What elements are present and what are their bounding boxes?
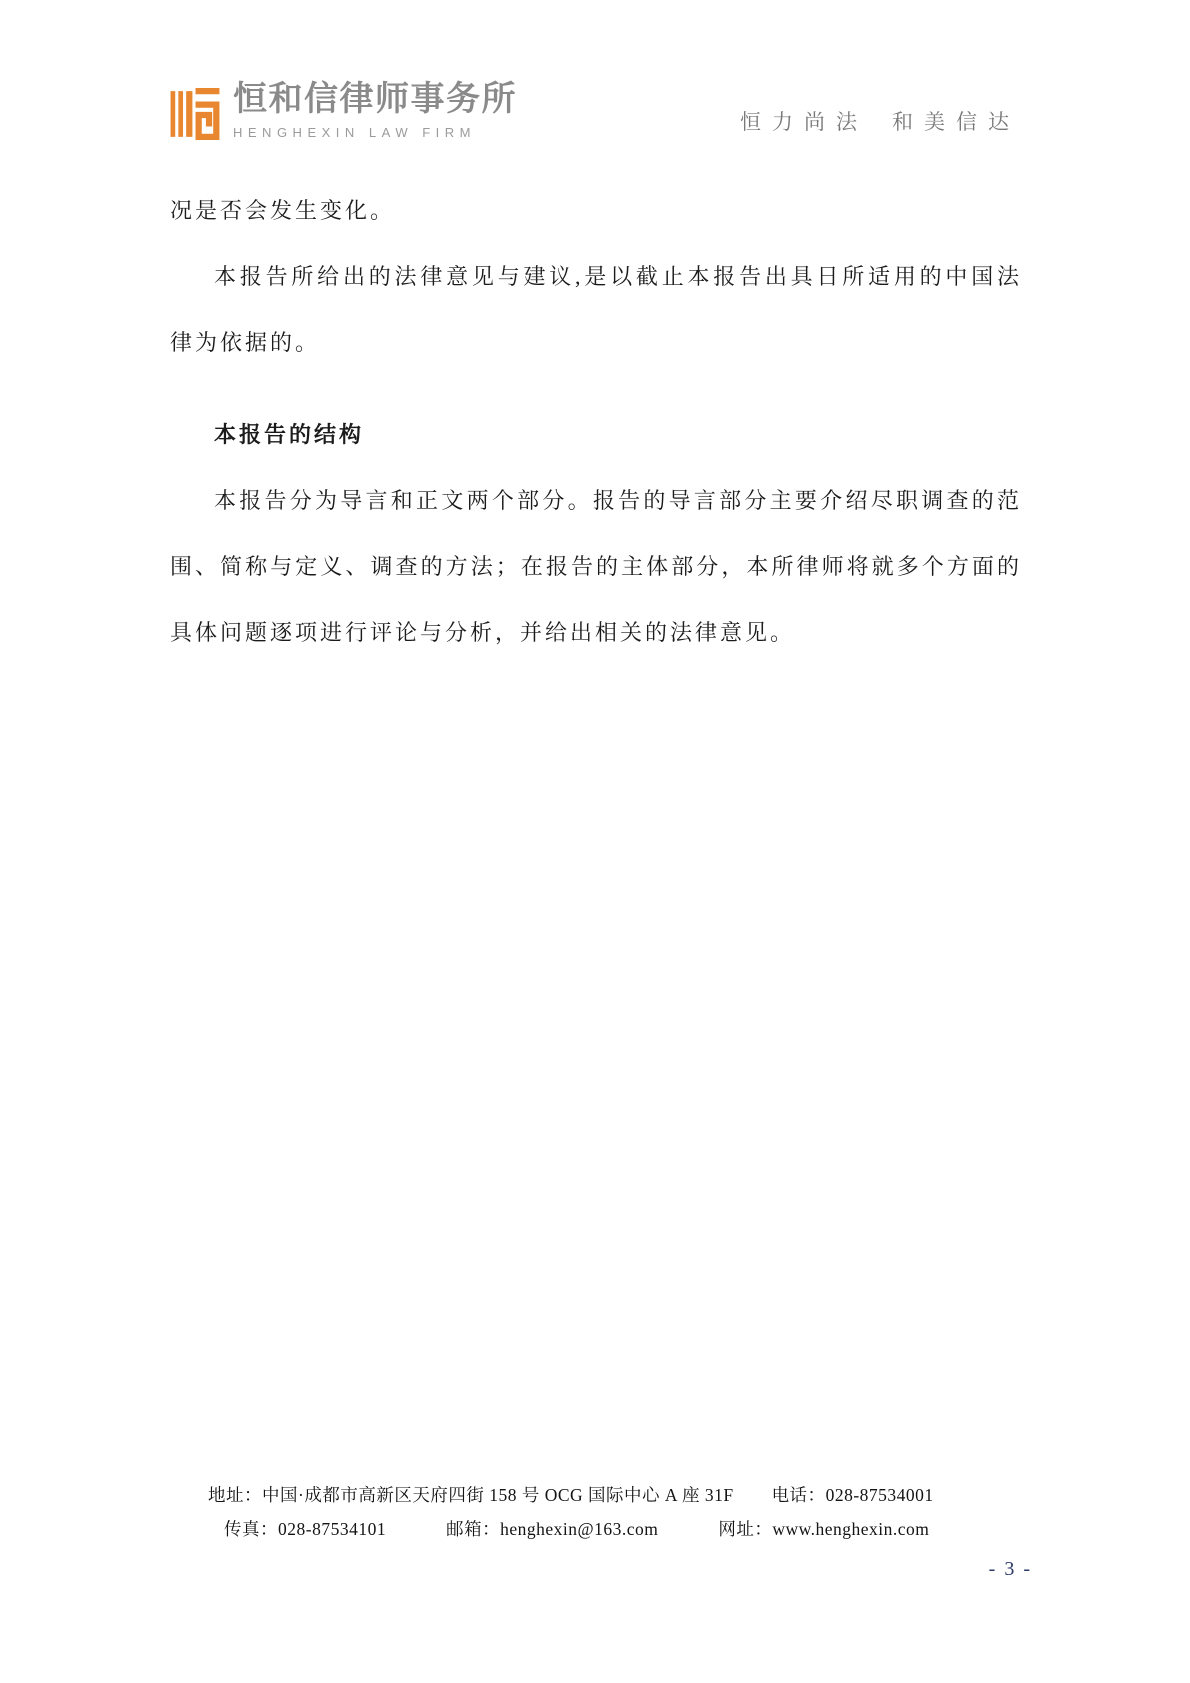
header-slogan: 恒力尚法 和美信达: [740, 106, 1020, 136]
footer-website-label: 网址：: [718, 1519, 772, 1539]
footer-address: 地址：中国·成都市高新区天府四街 158 号 OCG 国际中心 A 座 31F: [208, 1478, 734, 1512]
law-firm-logo: 恒和信律师事务所 HENGHEXIN LAW FIRM: [170, 82, 517, 140]
footer-address-label: 地址：: [208, 1485, 262, 1505]
footer-fax: 传真：028-87534101: [224, 1512, 386, 1546]
footer-email-value: henghexin@163.com: [500, 1519, 658, 1539]
footer-email-label: 邮箱：: [446, 1519, 500, 1539]
footer-website: 网址：www.henghexin.com: [718, 1512, 929, 1546]
footer-phone: 电话：028-87534001: [772, 1478, 934, 1512]
header: 恒和信律师事务所 HENGHEXIN LAW FIRM 恒力尚法 和美信达: [170, 82, 1020, 140]
logo-mark-icon: [170, 88, 220, 140]
footer-email: 邮箱：henghexin@163.com: [446, 1512, 658, 1546]
document-body: 况是否会发生变化。 本报告所给出的法律意见与建议,是以截止本报告出具日所适用的中…: [170, 178, 1022, 666]
footer-website-value: www.henghexin.com: [772, 1519, 929, 1539]
footer-fax-value: 028-87534101: [278, 1519, 386, 1539]
paragraph-report-structure: 本报告分为导言和正文两个部分。报告的导言部分主要介绍尽职调查的范围、简称与定义、…: [170, 468, 1022, 666]
footer-address-value: 中国·成都市高新区天府四街 158 号 OCG 国际中心 A 座 31F: [262, 1485, 734, 1505]
footer-line-2: 传真：028-87534101 邮箱：henghexin@163.com 网址：…: [224, 1512, 1020, 1546]
slogan-part-1: 恒力尚法: [740, 106, 868, 136]
footer: 地址：中国·成都市高新区天府四街 158 号 OCG 国际中心 A 座 31F …: [208, 1478, 1020, 1546]
footer-line-1: 地址：中国·成都市高新区天府四街 158 号 OCG 国际中心 A 座 31F …: [208, 1478, 1020, 1512]
paragraph-legal-basis: 本报告所给出的法律意见与建议,是以截止本报告出具日所适用的中国法律为依据的。: [170, 244, 1022, 376]
page-number: - 3 -: [989, 1558, 1032, 1581]
logo-english-name: HENGHEXIN LAW FIRM: [233, 125, 517, 140]
slogan-part-2: 和美信达: [892, 106, 1020, 136]
footer-fax-label: 传真：: [224, 1519, 278, 1539]
document-page: 恒和信律师事务所 HENGHEXIN LAW FIRM 恒力尚法 和美信达 况是…: [0, 0, 1190, 1683]
footer-phone-label: 电话：: [772, 1485, 826, 1505]
logo-text: 恒和信律师事务所 HENGHEXIN LAW FIRM: [233, 82, 517, 140]
logo-chinese-name: 恒和信律师事务所: [233, 82, 517, 118]
footer-phone-value: 028-87534001: [826, 1485, 934, 1505]
section-heading-report-structure: 本报告的结构: [170, 402, 1022, 468]
paragraph-continuation: 况是否会发生变化。: [170, 178, 1022, 244]
